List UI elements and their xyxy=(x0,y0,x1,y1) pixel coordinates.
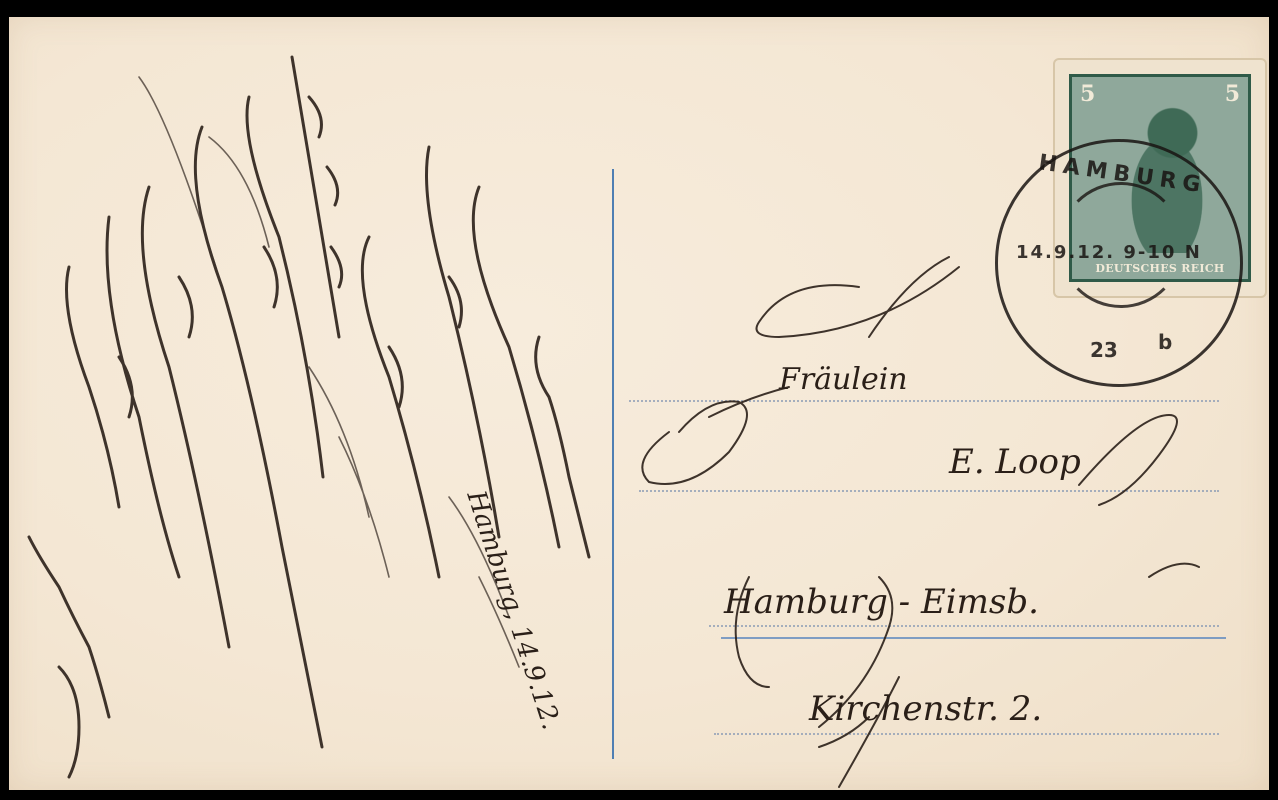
address-name: E. Loop xyxy=(949,442,1081,482)
postmark: HAMBURG 14.9.12. 9-10 N 23 b xyxy=(995,139,1243,387)
postmark-date: 14.9.12. 9-10 N xyxy=(1016,242,1202,263)
stamp-value-right: 5 xyxy=(1225,81,1240,107)
postcard: Hamburg, 14.9.12. Mein liebes Lieschen, … xyxy=(9,17,1269,790)
address-title: Fräulein xyxy=(779,362,908,397)
address-street: Kirchenstr. 2. xyxy=(809,689,1042,729)
postmark-number: 23 xyxy=(1090,338,1118,362)
stamp-value-left: 5 xyxy=(1080,81,1095,107)
postmark-suffix: b xyxy=(1158,330,1172,354)
address-city: Hamburg - Eimsb. xyxy=(724,582,1039,622)
